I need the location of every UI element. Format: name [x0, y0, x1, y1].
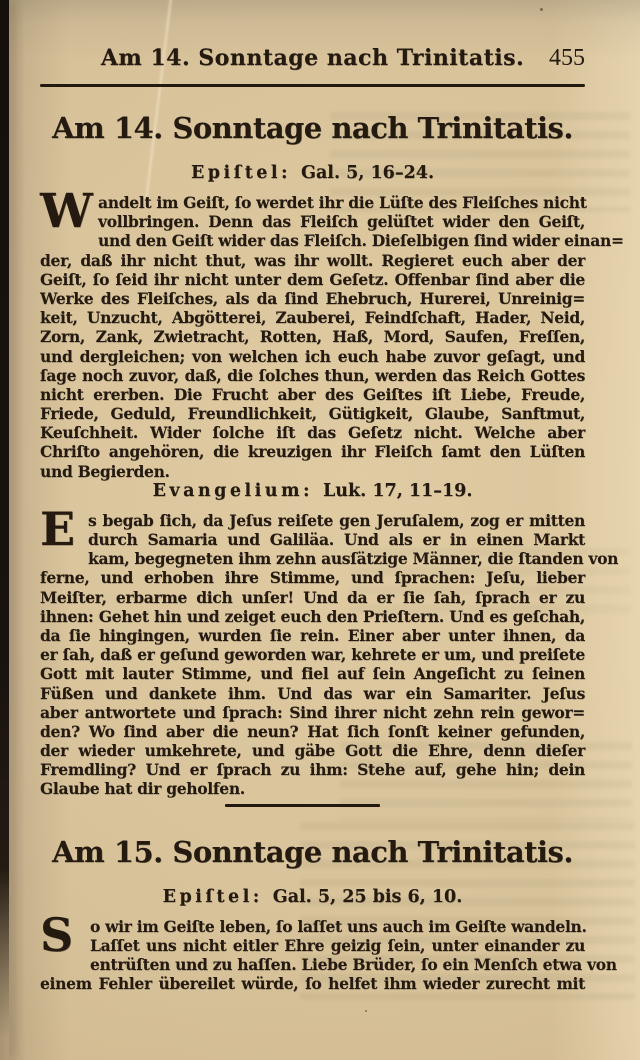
text-line: andelt im Geiſt, ſo werdet ihr die Lüſte…: [40, 193, 585, 212]
text-line: Chriſto angehören, die kreuzigen ihr Fle…: [40, 442, 585, 461]
text-line: den? Wo ſind aber die neun? Hat ſich ſon…: [40, 722, 585, 741]
text-line: Werke des Fleiſches, als da ſind Ehebruc…: [40, 289, 585, 308]
section-15-epistle-text: S o wir im Geiſte leben, ſo laſſet uns a…: [40, 917, 585, 994]
epistle-lines: o wir im Geiſte leben, ſo laſſet uns auc…: [40, 917, 585, 994]
text-line: o wir im Geiſte leben, ſo laſſet uns auc…: [40, 917, 585, 936]
dropcap-initial: S: [40, 912, 73, 958]
section-15-epistle-heading: Epiſtel:Gal. 5, 25 bis 6, 10.: [40, 887, 585, 907]
running-head: Am 14. Sonntage nach Trinitatis. 455: [40, 44, 585, 72]
text-line: und Begierden.: [40, 462, 585, 481]
text-line: Fremdling? Und er ſprach zu ihm: Stehe a…: [40, 760, 585, 779]
running-head-title: Am 14. Sonntage nach Trinitatis.: [40, 44, 585, 72]
page-number: 455: [549, 44, 585, 72]
text-line: ſage noch zuvor, daß, die ſolches thun, …: [40, 366, 585, 385]
text-line: durch Samaria und Galiläa. Und als er in…: [40, 530, 585, 549]
text-line: vollbringen. Denn das Fleiſch gelüſtet w…: [40, 212, 585, 231]
section-14-epistle-heading: Epiſtel:Gal. 5, 16–24.: [40, 163, 585, 183]
text-line: Friede, Geduld, Freundlichkeit, Gütigkei…: [40, 404, 585, 423]
text-line: ihnen: Gehet hin und zeiget euch den Pri…: [40, 607, 585, 626]
text-line: nicht ererben. Die Frucht aber des Geiſt…: [40, 385, 585, 404]
header-rule: [40, 84, 585, 87]
text-line: s begab ſich, da Jeſus reiſete gen Jeruſ…: [40, 511, 585, 530]
text-line: der, daß ihr nicht thut, was ihr wollt. …: [40, 251, 585, 270]
text-line: Füßen und dankete ihm. Und das war ein S…: [40, 684, 585, 703]
gospel-lines: s begab ſich, da Jeſus reiſete gen Jeruſ…: [40, 511, 585, 799]
text-line: er ſah, daß er geſund geworden war, kehr…: [40, 645, 585, 664]
section-14-gospel-heading: Evangelium:Luk. 17, 11–19.: [40, 481, 585, 501]
text-line: Keuſchheit. Wider ſolche iſt das Geſetz …: [40, 423, 585, 442]
section-14-gospel-text: E s begab ſich, da Jeſus reiſete gen Jer…: [40, 511, 585, 799]
dropcap-initial: E: [40, 506, 75, 552]
section-14-epistle-text: W andelt im Geiſt, ſo werdet ihr die Lüſ…: [40, 193, 585, 481]
text-line: keit, Unzucht, Abgötterei, Zauberei, Fei…: [40, 308, 585, 327]
text-line: entrüſten und zu haſſen. Liebe Brüder, ſ…: [40, 955, 585, 974]
text-line: ferne, und erhoben ihre Stimme, und ſpra…: [40, 568, 585, 587]
epistle-reference: Gal. 5, 16–24.: [301, 163, 434, 183]
text-line: und den Geiſt wider das Fleiſch. Dieſelb…: [40, 231, 585, 250]
text-line: einem Fehler übereilet würde, ſo helfet …: [40, 974, 585, 993]
epistle-label: Epiſtel:: [191, 163, 291, 183]
text-line: aber antwortete und ſprach: Sind ihrer n…: [40, 703, 585, 722]
book-page: Am 14. Sonntage nach Trinitatis. 455 Am …: [0, 0, 640, 1060]
text-line: Geiſt, ſo ſeid ihr nicht unter dem Geſet…: [40, 270, 585, 289]
text-line: Meiſter, erbarme dich unſer! Und da er ſ…: [40, 588, 585, 607]
dropcap-initial: W: [40, 188, 92, 235]
text-line: und dergleichen; von welchen ich euch ha…: [40, 347, 585, 366]
text-line: Glaube hat dir geholfen.: [40, 779, 585, 798]
text-line: Zorn, Zank, Zwietracht, Rotten, Haß, Mor…: [40, 327, 585, 346]
gospel-reference: Luk. 17, 11–19.: [323, 481, 472, 501]
text-line: da ſie hingingen, wurden ſie rein. Einer…: [40, 626, 585, 645]
text-line: Laſſet uns nicht eitler Ehre geizig ſein…: [40, 936, 585, 955]
epistle-label: Epiſtel:: [163, 887, 263, 907]
text-line: Gott mit lauter Stimme, und fiel auf ſei…: [40, 664, 585, 683]
section-divider-rule: [225, 804, 380, 807]
section-14-title: Am 14. Sonntage nach Trinitatis.: [40, 109, 585, 147]
epistle-reference: Gal. 5, 25 bis 6, 10.: [273, 887, 463, 907]
section-15-title: Am 15. Sonntage nach Trinitatis.: [40, 833, 585, 871]
epistle-lines: andelt im Geiſt, ſo werdet ihr die Lüſte…: [40, 193, 585, 481]
text-line: der wieder umkehrete, und gäbe Gott die …: [40, 741, 585, 760]
text-line: kam, begegneten ihm zehn ausſätzige Männ…: [40, 549, 585, 568]
gospel-label: Evangelium:: [153, 481, 313, 501]
